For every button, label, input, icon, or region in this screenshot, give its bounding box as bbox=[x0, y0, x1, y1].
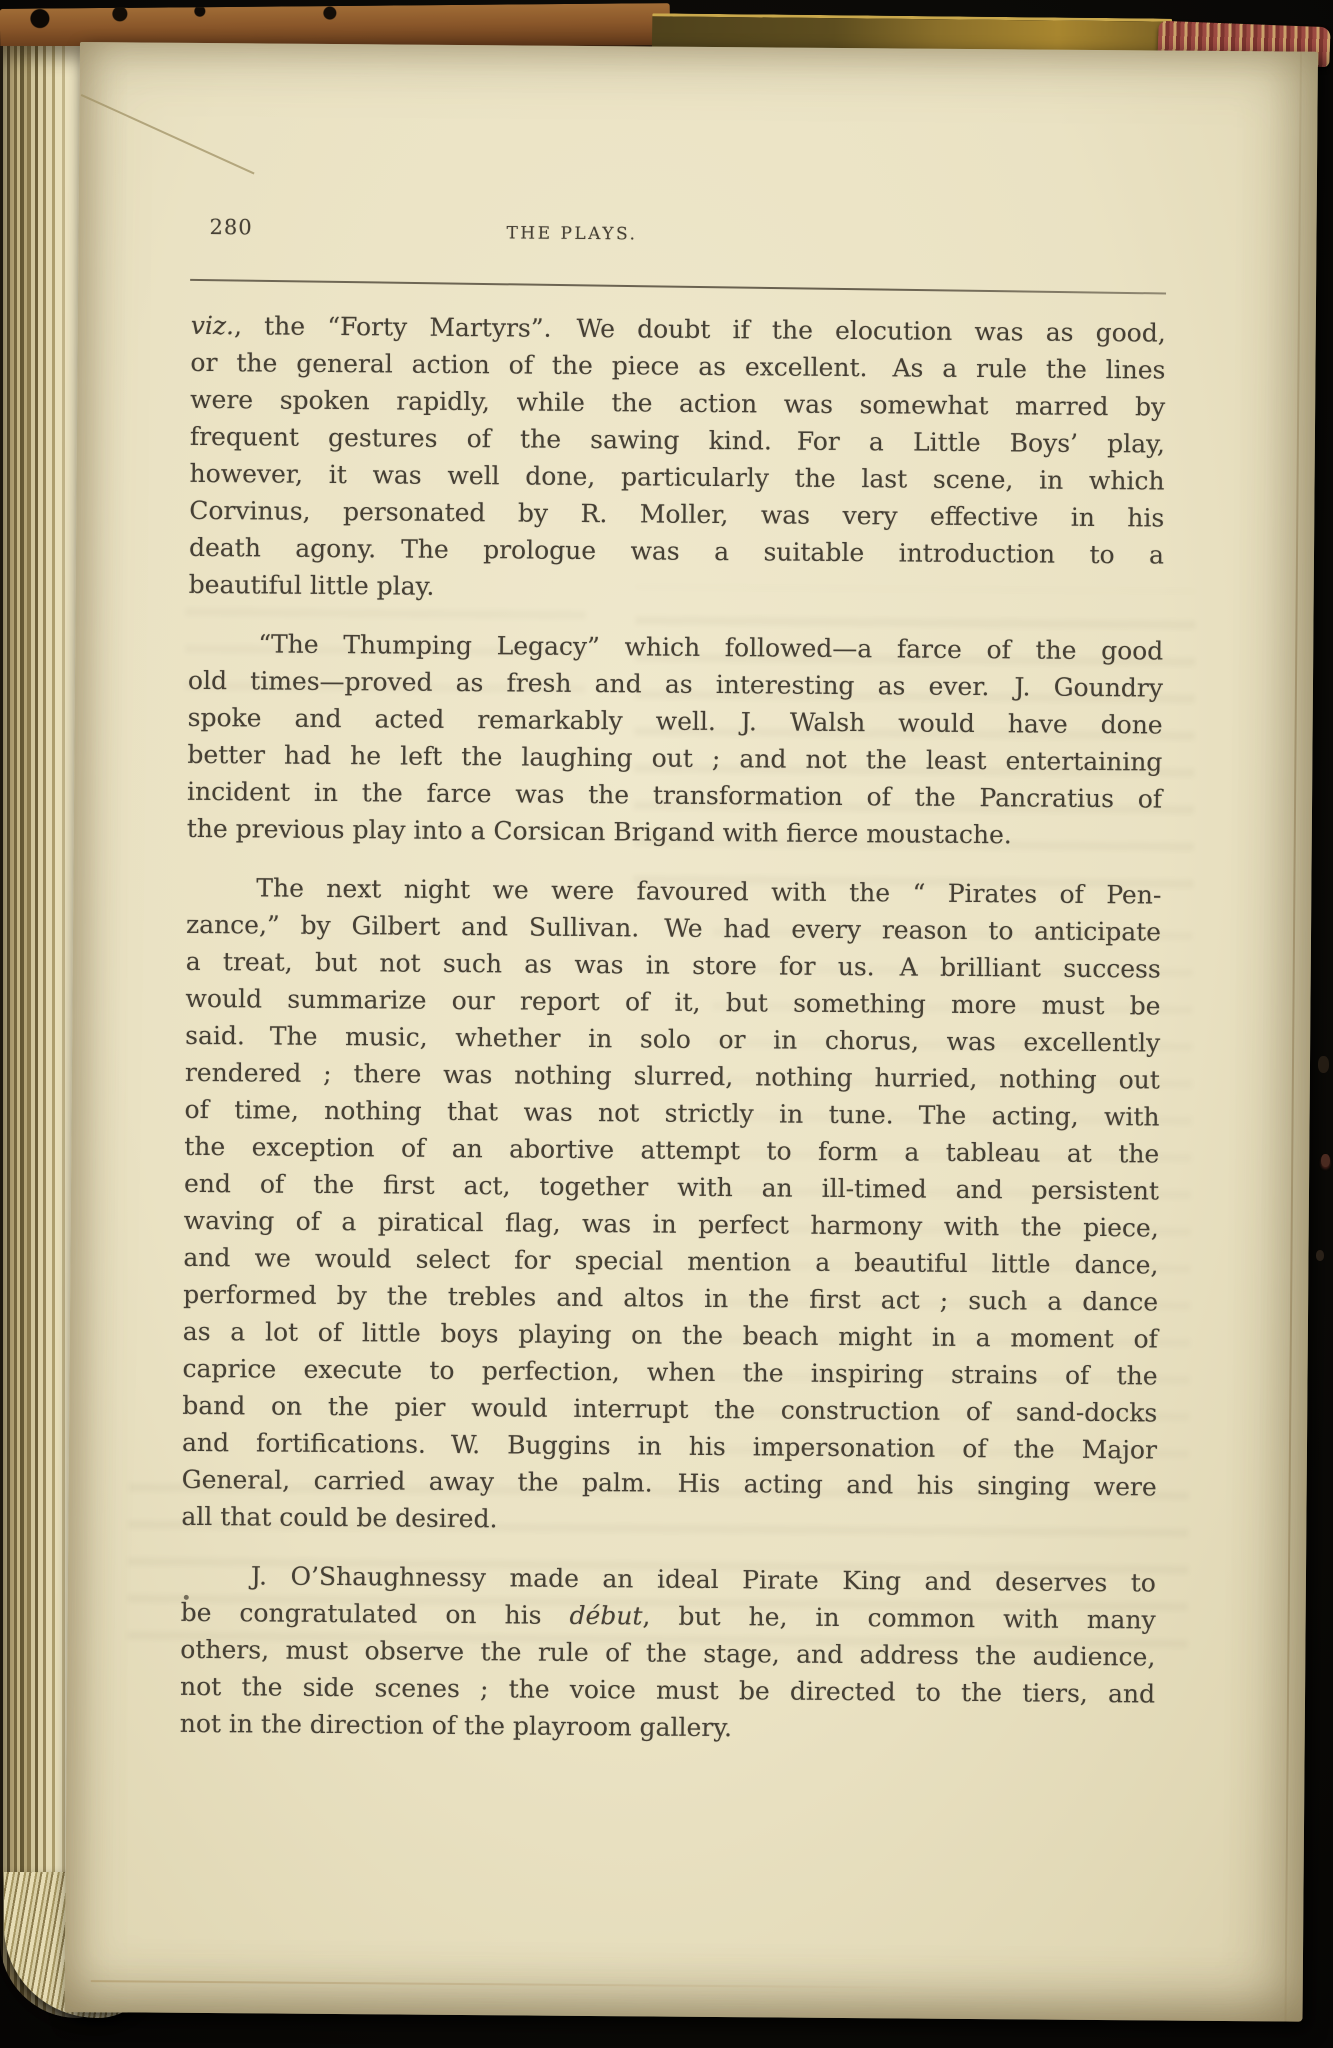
running-head: THE PLAYS. bbox=[506, 223, 637, 244]
fore-edge-mark bbox=[1321, 1154, 1330, 1167]
paragraph: J. O’Shaughnessy made an ideal Pirate Ki… bbox=[180, 1557, 1156, 1750]
paragraph: The next night we were favoured with the… bbox=[181, 869, 1161, 1543]
book-photo: 280 THE PLAYS. viz., the “Forty Martyrs”… bbox=[0, 0, 1333, 2048]
text-line: all that could be desired. bbox=[181, 1498, 1156, 1543]
header-rule bbox=[190, 279, 1166, 294]
ink-speck bbox=[184, 1595, 189, 1600]
text-line: the previous play into a Corsican Brigan… bbox=[187, 810, 1162, 855]
book-page: 280 THE PLAYS. viz., the “Forty Martyrs”… bbox=[65, 42, 1318, 2022]
paragraph: “The Thumping Legacy” which followed—a f… bbox=[187, 625, 1164, 855]
text-line: beautiful little play. bbox=[189, 566, 1164, 611]
printed-content: 280 THE PLAYS. viz., the “Forty Martyrs”… bbox=[65, 42, 1318, 2022]
text-line: not in the direction of the playroom gal… bbox=[180, 1705, 1155, 1750]
fore-edge-mark bbox=[1316, 1250, 1324, 1261]
text-block: viz., the “Forty Martyrs”. We doubt if t… bbox=[180, 307, 1166, 1750]
paragraph: viz., the “Forty Martyrs”. We doubt if t… bbox=[189, 307, 1166, 611]
fore-edge-mark bbox=[1318, 1056, 1329, 1073]
page-number: 280 bbox=[209, 215, 252, 239]
